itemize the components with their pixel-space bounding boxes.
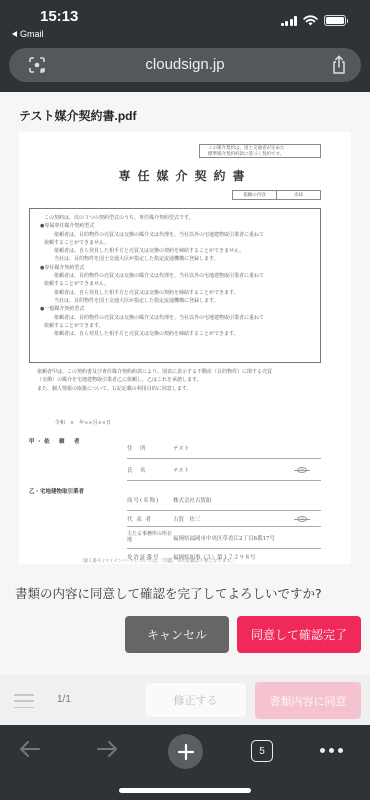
document-page[interactable]: この媒介契約は、国土交通省が定めた 標準媒介契約約款に基づく契約です。 専任媒介… (19, 132, 351, 564)
field-value: 福岡県福岡市中央区草香江2丁目6番17号 (173, 534, 321, 542)
back-triangle-icon (12, 31, 17, 37)
terms-line: 当社は、目的物件を国土交通大臣が指定した指定流通機構に登録します。 (44, 297, 320, 305)
menu-icon[interactable] (14, 694, 34, 708)
terms-intro: この契約は、次の３つの契約型式のうち、専任媒介契約型式です。 (44, 214, 320, 222)
field-row-company: 商号(名称) 株式会社古賀組 (127, 489, 321, 511)
field-row-name: 氏 名 テスト 印 (127, 459, 321, 481)
terms-line: 依頼者は、自ら発見した相手方と売買又は交換の契約を締結することができません。 (44, 247, 320, 255)
request-type-label: 依頼の内容 (233, 191, 277, 199)
more-options-icon[interactable] (320, 748, 343, 753)
party-a-label: 甲・依 頼 者 (29, 437, 82, 445)
party-b-label: 乙・宅地建物取引業者 (29, 487, 84, 495)
browser-bottom-bar: 5 (0, 725, 370, 800)
contract-date: 令和 × 年××月××日 (55, 419, 111, 426)
share-icon[interactable] (331, 55, 347, 75)
confirm-question: 書類の内容に同意して確認を完了してよろしいですか? (15, 584, 322, 602)
battery-icon (324, 15, 346, 26)
forward-arrow-icon[interactable] (95, 739, 119, 759)
wifi-icon (303, 15, 318, 26)
plus-icon (177, 743, 195, 761)
cancel-button[interactable]: キャンセル (125, 616, 229, 653)
url-text: cloudsign.jp (9, 56, 361, 73)
field-label: 代 表 者 (127, 515, 173, 523)
terms-line: 依頼することができません。 (44, 280, 320, 288)
agree-confirm-button[interactable]: 同意して確認完了 (237, 616, 361, 653)
screen: 15:13 Gmail cloudsign.jp (0, 0, 370, 800)
new-tab-button[interactable] (168, 734, 203, 769)
agreement-line: （交換）の媒介を宅地建物取引業者乙に依頼し、乙はこれを承諾します。 (37, 376, 324, 384)
field-label: 住 所 (127, 444, 173, 452)
agreement-line: また、個人情報の取扱について、右記記載の利用目的に同意します。 (37, 385, 324, 393)
agreement-line: 依頼者甲は、この契約書及び専任媒介契約約款により、別表に表示する不動産（目的物件… (37, 368, 324, 376)
request-type-value: 売却 (277, 191, 320, 199)
terms-line: 依頼者は、目的物件の売買又は交換の媒介又は代理を、当社以外の宅地建物取引業者に重… (44, 231, 320, 239)
back-to-app-link[interactable]: Gmail (12, 29, 44, 39)
page-indicator: 1/1 (57, 694, 71, 705)
party-fields: 住 所 テスト 氏 名 テスト 印 商号(名称) 株式会社古賀組 代 表 者 古… (127, 437, 321, 564)
field-row-office-address: 主たる事務所の所在地 福岡県福岡市中央区草香江2丁目6番17号 (127, 527, 321, 549)
request-type-table: 依頼の内容 売却 (232, 190, 321, 200)
terms-heading: ●専属専任媒介契約型式 (40, 222, 316, 230)
field-row-representative: 代 表 者 古賀 佐三 印 (127, 511, 321, 527)
document-filename: テスト媒介契約書.pdf (19, 107, 137, 124)
agreement-text: 依頼者甲は、この契約書及び専任媒介契約約款により、別表に表示する不動産（目的物件… (29, 368, 324, 393)
home-indicator[interactable] (119, 788, 251, 793)
browser-top-bar: 15:13 Gmail cloudsign.jp (0, 0, 370, 92)
notice-line: 標準媒介契約約款に基づく契約です。 (208, 152, 320, 158)
field-row-address: 住 所 テスト (127, 437, 321, 459)
back-arrow-icon[interactable] (18, 739, 42, 759)
terms-line: 依頼者は、自ら発見した相手方と売買又は交換の契約を締結することができます。 (44, 289, 320, 297)
terms-line: 当社は、目的物件を国土交通大臣が指定した指定流通機構に登録します。 (44, 255, 320, 263)
back-app-label: Gmail (20, 29, 44, 39)
field-label: 商号(名称) (127, 496, 173, 504)
status-icons (281, 15, 347, 26)
notice-box: この媒介契約は、国土交通省が定めた 標準媒介契約約款に基づく契約です。 (199, 144, 321, 158)
tabs-button[interactable]: 5 (251, 740, 273, 762)
terms-line: 依頼することができません。 (44, 239, 320, 247)
field-label: 氏 名 (127, 466, 173, 474)
agree-content-button[interactable]: 書類内容に同意 (255, 682, 361, 719)
field-value: テスト (173, 444, 321, 452)
field-label: 主たる事務所の所在地 (127, 532, 173, 543)
address-bar[interactable]: cloudsign.jp (9, 48, 361, 82)
seal-mark-icon: 印 (297, 467, 307, 473)
terms-line: 依頼者は、目的物件の売買又は交換の媒介又は代理を、当社以外の宅地建物取引業者に重… (44, 272, 320, 280)
contract-title: 専任媒介契約書 (19, 167, 351, 184)
cellular-signal-icon (281, 16, 298, 26)
edit-button[interactable]: 修正する (144, 682, 247, 718)
document-toolbar: 1/1 修正する 書類内容に同意 (0, 675, 370, 725)
status-time: 15:13 (40, 8, 78, 25)
document-viewer: テスト媒介契約書.pdf この媒介契約は、国土交通省が定めた 標準媒介契約約款に… (0, 92, 370, 664)
field-value: 株式会社古賀組 (173, 496, 321, 504)
terms-heading: ●専任媒介契約型式 (40, 264, 316, 272)
document-footnote: 〔個人番号 (マイナンバー) については、「印鑑」等の記載は不要となります。〕 (79, 558, 237, 564)
terms-line: 依頼者は、自ら発見した相手方と売買又は交換の契約を締結することができます。 (44, 330, 320, 338)
contract-types-box: この契約は、次の３つの契約型式のうち、専任媒介契約型式です。 ●専属専任媒介契約… (29, 208, 321, 363)
seal-mark-icon: 印 (297, 516, 307, 522)
terms-heading: ●一般媒介契約型式 (40, 305, 316, 313)
terms-line: 依頼することができます。 (44, 322, 320, 330)
terms-line: 依頼者は、目的物件の売買又は交換の媒介又は代理を、当社以外の宅地建物取引業者に重… (44, 314, 320, 322)
